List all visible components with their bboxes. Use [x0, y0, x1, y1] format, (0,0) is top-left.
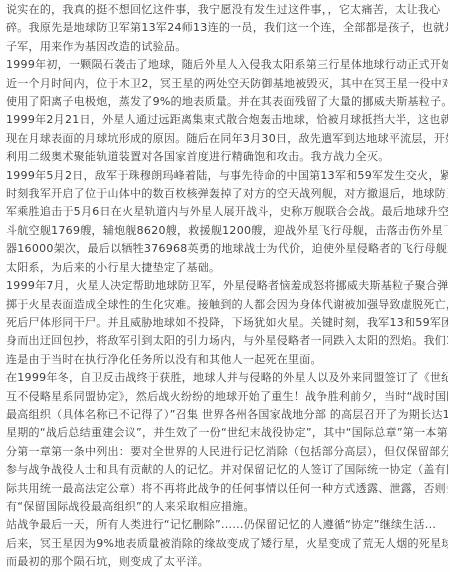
text-line: 参与战争战役人士和具有贡献的人的记忆。并对保留记忆的人签订了国际统一协定（盖有国 [6, 461, 448, 479]
text-line: 1999年2月21日，外星人通过远距离集束式散合炮轰击地球，恰被月球抵挡大半，这… [6, 111, 448, 129]
text-line: 站战争最后一天，所有人类进行“记忆删除”......仍保留记忆的人遵循“协定”继… [6, 516, 448, 534]
text-line: 有“保留国际战役最高组织”的人来采取相应措施。 [6, 498, 448, 516]
text-line: 最高组织（具体名称已不记得了）”召集 世界各州各国家战地分部 的高层召开了为期长… [6, 406, 448, 424]
text-line: 1999年7月，火星人决定帮助地球防卫军，外星侵略者恼羞成怒将挪威夫斯基粒子聚合… [6, 277, 448, 295]
text-line: 而最初的那个陨石坑，则变成了太平洋。 [6, 553, 448, 571]
text-line: 子军，用来作为基因改造的试验品。 [6, 38, 448, 56]
text-line: 分第一章第一条中列出：要对全世界的人民进行记忆消除（包括部分高层），但仅保留部分 [6, 443, 448, 461]
text-line: 互不侵略星系同盟协定》，然后战火纷纷的地球开始了重生！战争胜利前夕，当时“战时国… [6, 388, 448, 406]
text-line: 利用二级奥术聚能轨道装置对各国家首度进行精确饱和攻击。我方战力全灭。 [6, 148, 448, 166]
text-line: 军乘胜追击于5月6日在火星轨道内与外星人展开战斗，史称万舰联合会战。最后地球升空… [6, 203, 448, 221]
text-line: 掷于火星表面造成全球性的生化灾难。接触到的人都会因为身体代谢被加强导致虚脱死亡， [6, 296, 448, 314]
text-line: 说实在的，我真的挺不想回忆这件事，我宁愿没有发生过这件事，，它太痛苦，太让我心 [6, 1, 448, 19]
text-line: 后来，冥王星因为9%地表质量被消除的缘故变成了矮行星，火星变成了荒无人烟的死星球… [6, 535, 448, 553]
text-line: 斗航空舰1769艘，辅炮舰8620艘，救援舰1200艘，迎战外星飞行母舰，击落击… [6, 222, 448, 240]
text-line: 死后尸体形同干尸。并且威胁地球如不投降，下场犹如火星。关键时刻，我军13和59军… [6, 314, 448, 332]
text-line: 身而出迂回包抄，将敌军引到太阳的引力场内，与外星侵略者一同跌入太阳的烈焰。我们1… [6, 332, 448, 350]
text-line: 连是由于当时在执行净化任务所以没有和其他人一起死在里面。 [6, 351, 448, 369]
text-line: 近一个月时间内，位于木卫2，冥王星的两处空天防御基地被毁灭，其中在冥王星一役中对… [6, 75, 448, 93]
text-line: 际共用统一最高法定公章）将不再将此战争的任何事情以任何一种方式透露、泄露，否则会 [6, 480, 448, 498]
story-text-block: 说实在的，我真的挺不想回忆这件事，我宁愿没有发生过这件事，，它太痛苦，太让我心碎… [0, 0, 450, 572]
text-line: 使用了阳离子电极炮，蒸发了9%的地表质量。并在其表面残留了大量的挪威夫斯基粒子。 [6, 93, 448, 111]
text-line: 在1999年冬，自卫反击战终于获胜，地球人并与侵略的外星人以及外来同盟签订了《世… [6, 369, 448, 387]
text-line: 现在月球表面的月球坑形成的原因。随后在同年3月30日，敌先遣军到达地球平流层，开… [6, 130, 448, 148]
text-line: 时刻我军开启了位于山体中的数百枚核弹轰掉了对方的空天战列舰，对方撤退后，地球防卫 [6, 185, 448, 203]
text-line: 1999年5月2日，敌军于珠穆朗玛峰着陆，与事先待命的中国第13军和59军发生交… [6, 167, 448, 185]
text-line: 器16000架次，最后以牺牲376968英勇的地球战士为代价，迫使外星侵略者的飞… [6, 240, 448, 258]
text-line: 太阳系，为后来的小行星大捷垫定了基础。 [6, 259, 448, 277]
document-page: 说实在的，我真的挺不想回忆这件事，我宁愿没有发生过这件事，，它太痛苦，太让我心碎… [0, 0, 450, 572]
text-line: 1999年初，一颗陨石袭击了地球，随后外星人入侵我太阳系第三行星体地球行动正式开… [6, 56, 448, 74]
text-line: 星期的“战后总结重建会议”，并生效了一份“世纪末战役协定”，其中“国际总章”第一… [6, 424, 448, 442]
text-line: 碎。我原先是地球防卫军第13军24师13连的一员，我们这一个连，全部都是孩子，也… [6, 19, 448, 37]
